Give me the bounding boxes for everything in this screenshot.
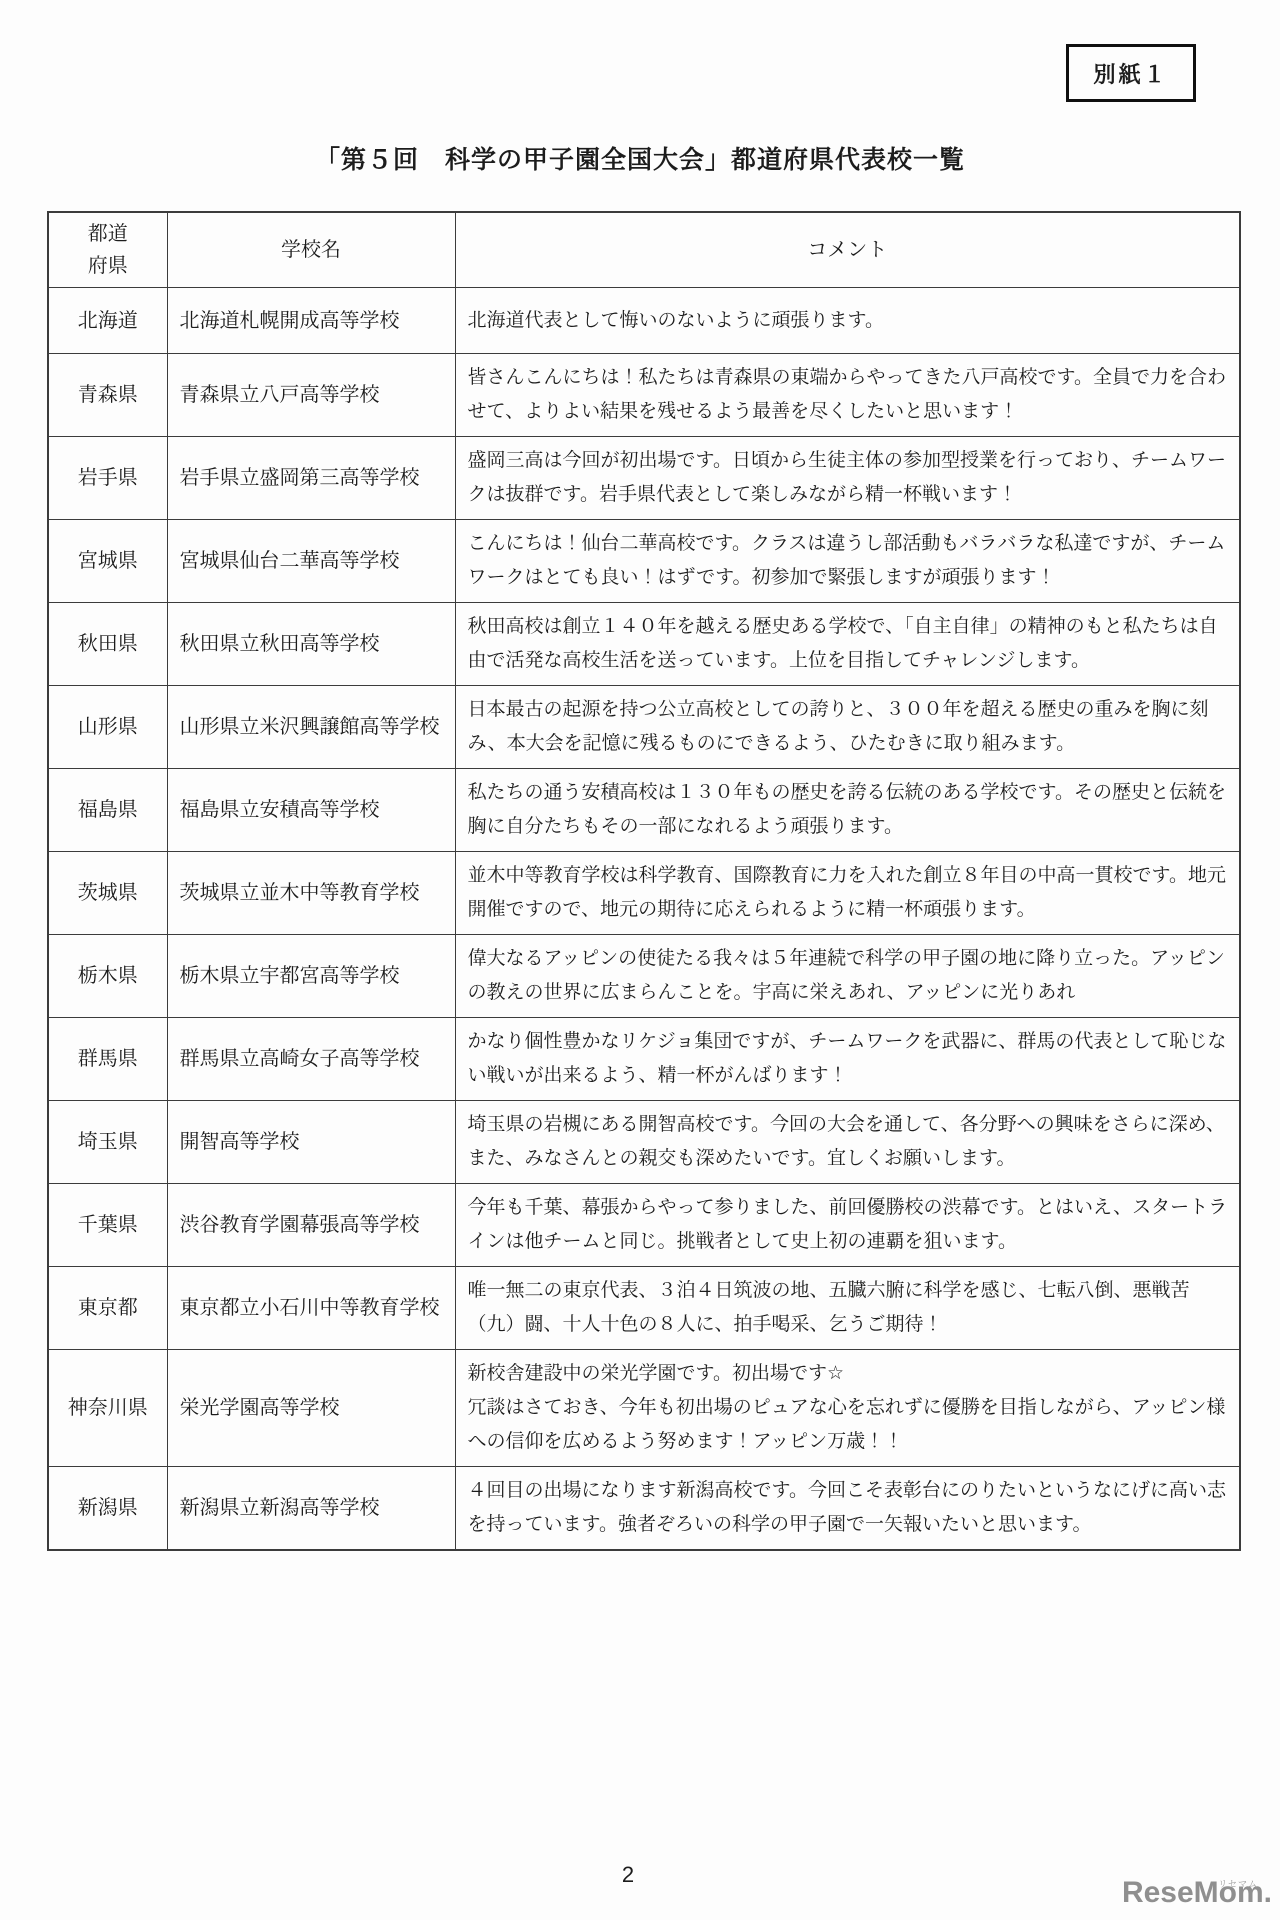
- prefecture-cell: 神奈川県: [48, 1350, 167, 1467]
- comment-cell: 埼玉県の岩槻にある開智高校です。今回の大会を通して、各分野への興味をさらに深め、…: [455, 1101, 1240, 1184]
- school-cell: 秋田県立秋田高等学校: [167, 603, 455, 686]
- school-cell: 山形県立米沢興譲館高等学校: [167, 686, 455, 769]
- col-header-prefecture: 都道府県: [48, 212, 167, 288]
- table-row: 宮城県 宮城県仙台二華高等学校 こんにちは！仙台二華高校です。クラスは違うし部活…: [48, 520, 1240, 603]
- table-row: 埼玉県 開智高等学校 埼玉県の岩槻にある開智高校です。今回の大会を通して、各分野…: [48, 1101, 1240, 1184]
- comment-cell: 新校舎建設中の栄光学園です。初出場です☆ 冗談はさておき、今年も初出場のピュアな…: [455, 1350, 1240, 1467]
- school-cell: 北海道札幌開成高等学校: [167, 288, 455, 354]
- page-number: 2: [0, 1862, 1256, 1888]
- col-header-prefecture-label: 都道府県: [86, 218, 130, 282]
- comment-cell: 私たちの通う安積高校は１３０年もの歴史を誇る伝統のある学校です。その歴史と伝統を…: [455, 769, 1240, 852]
- school-cell: 岩手県立盛岡第三高等学校: [167, 437, 455, 520]
- school-cell: 青森県立八戸高等学校: [167, 354, 455, 437]
- prefecture-cell: 秋田県: [48, 603, 167, 686]
- comment-cell: こんにちは！仙台二華高校です。クラスは違うし部活動もバラバラな私達ですが、チーム…: [455, 520, 1240, 603]
- table-row: 神奈川県 栄光学園高等学校 新校舎建設中の栄光学園です。初出場です☆ 冗談はさて…: [48, 1350, 1240, 1467]
- school-cell: 茨城県立並木中等教育学校: [167, 852, 455, 935]
- prefecture-cell: 千葉県: [48, 1184, 167, 1267]
- table-row: 栃木県 栃木県立宇都宮高等学校 偉大なるアッピンの使徒たる我々は５年連続で科学の…: [48, 935, 1240, 1018]
- table-row: 新潟県 新潟県立新潟高等学校 ４回目の出場になります新潟高校です。今回こそ表彰台…: [48, 1467, 1240, 1551]
- table-row: 北海道 北海道札幌開成高等学校 北海道代表として悔いのないように頑張ります。: [48, 288, 1240, 354]
- comment-cell: 今年も千葉、幕張からやって参りました、前回優勝校の渋幕です。とはいえ、スタートラ…: [455, 1184, 1240, 1267]
- table-row: 青森県 青森県立八戸高等学校 皆さんこんにちは！私たちは青森県の東端からやってき…: [48, 354, 1240, 437]
- prefecture-cell: 新潟県: [48, 1467, 167, 1551]
- comment-cell: 皆さんこんにちは！私たちは青森県の東端からやってきた八戸高校です。全員で力を合わ…: [455, 354, 1240, 437]
- comment-cell: 日本最古の起源を持つ公立高校としての誇りと、３００年を超える歴史の重みを胸に刻み…: [455, 686, 1240, 769]
- page-title: 「第５回 科学の甲子園全国大会」都道府県代表校一覧: [0, 140, 1280, 176]
- school-cell: 栄光学園高等学校: [167, 1350, 455, 1467]
- prefecture-cell: 青森県: [48, 354, 167, 437]
- table-row: 千葉県 渋谷教育学園幕張高等学校 今年も千葉、幕張からやって参りました、前回優勝…: [48, 1184, 1240, 1267]
- representatives-table: 都道府県 学校名 コメント 北海道 北海道札幌開成高等学校 北海道代表として悔い…: [47, 211, 1241, 1551]
- school-cell: 渋谷教育学園幕張高等学校: [167, 1184, 455, 1267]
- col-header-comment: コメント: [455, 212, 1240, 288]
- resemom-watermark-logo: リセマム ReseMom.: [1122, 1878, 1272, 1908]
- table-header-row: 都道府県 学校名 コメント: [48, 212, 1240, 288]
- table-row: 福島県 福島県立安積高等学校 私たちの通う安積高校は１３０年もの歴史を誇る伝統の…: [48, 769, 1240, 852]
- table-row: 茨城県 茨城県立並木中等教育学校 並木中等教育学校は科学教育、国際教育に力を入れ…: [48, 852, 1240, 935]
- col-header-school: 学校名: [167, 212, 455, 288]
- attachment-label-box: 別紙１: [1066, 44, 1196, 102]
- school-cell: 東京都立小石川中等教育学校: [167, 1267, 455, 1350]
- table-row: 岩手県 岩手県立盛岡第三高等学校 盛岡三高は今回が初出場です。日頃から生徒主体の…: [48, 437, 1240, 520]
- prefecture-cell: 東京都: [48, 1267, 167, 1350]
- prefecture-cell: 福島県: [48, 769, 167, 852]
- prefecture-cell: 宮城県: [48, 520, 167, 603]
- comment-cell: 偉大なるアッピンの使徒たる我々は５年連続で科学の甲子園の地に降り立った。アッピン…: [455, 935, 1240, 1018]
- comment-cell: 盛岡三高は今回が初出場です。日頃から生徒主体の参加型授業を行っており、チームワー…: [455, 437, 1240, 520]
- school-cell: 福島県立安積高等学校: [167, 769, 455, 852]
- school-cell: 栃木県立宇都宮高等学校: [167, 935, 455, 1018]
- table-row: 秋田県 秋田県立秋田高等学校 秋田高校は創立１４０年を越える歴史ある学校で、「自…: [48, 603, 1240, 686]
- comment-cell: 秋田高校は創立１４０年を越える歴史ある学校で、「自主自律」の精神のもと私たちは自…: [455, 603, 1240, 686]
- school-cell: 群馬県立高崎女子高等学校: [167, 1018, 455, 1101]
- prefecture-cell: 群馬県: [48, 1018, 167, 1101]
- comment-cell: ４回目の出場になります新潟高校です。今回こそ表彰台にのりたいというなにげに高い志…: [455, 1467, 1240, 1551]
- table-row: 東京都 東京都立小石川中等教育学校 唯一無二の東京代表、３泊４日筑波の地、五臓六…: [48, 1267, 1240, 1350]
- prefecture-cell: 埼玉県: [48, 1101, 167, 1184]
- school-cell: 新潟県立新潟高等学校: [167, 1467, 455, 1551]
- attachment-label: 別紙１: [1093, 58, 1168, 89]
- comment-cell: 北海道代表として悔いのないように頑張ります。: [455, 288, 1240, 354]
- prefecture-cell: 茨城県: [48, 852, 167, 935]
- table-row: 山形県 山形県立米沢興譲館高等学校 日本最古の起源を持つ公立高校としての誇りと、…: [48, 686, 1240, 769]
- comment-cell: かなり個性豊かなリケジョ集団ですが、チームワークを武器に、群馬の代表として恥じな…: [455, 1018, 1240, 1101]
- prefecture-cell: 山形県: [48, 686, 167, 769]
- resemom-watermark-ruby: リセマム: [1218, 1869, 1258, 1899]
- prefecture-cell: 岩手県: [48, 437, 167, 520]
- school-cell: 開智高等学校: [167, 1101, 455, 1184]
- comment-cell: 並木中等教育学校は科学教育、国際教育に力を入れた創立８年目の中高一貫校です。地元…: [455, 852, 1240, 935]
- prefecture-cell: 北海道: [48, 288, 167, 354]
- school-cell: 宮城県仙台二華高等学校: [167, 520, 455, 603]
- document-page: 別紙１ 「第５回 科学の甲子園全国大会」都道府県代表校一覧 都道府県 学校名 コ…: [0, 0, 1280, 1920]
- table-row: 群馬県 群馬県立高崎女子高等学校 かなり個性豊かなリケジョ集団ですが、チームワー…: [48, 1018, 1240, 1101]
- comment-cell: 唯一無二の東京代表、３泊４日筑波の地、五臓六腑に科学を感じ、七転八倒、悪戦苦（九…: [455, 1267, 1240, 1350]
- prefecture-cell: 栃木県: [48, 935, 167, 1018]
